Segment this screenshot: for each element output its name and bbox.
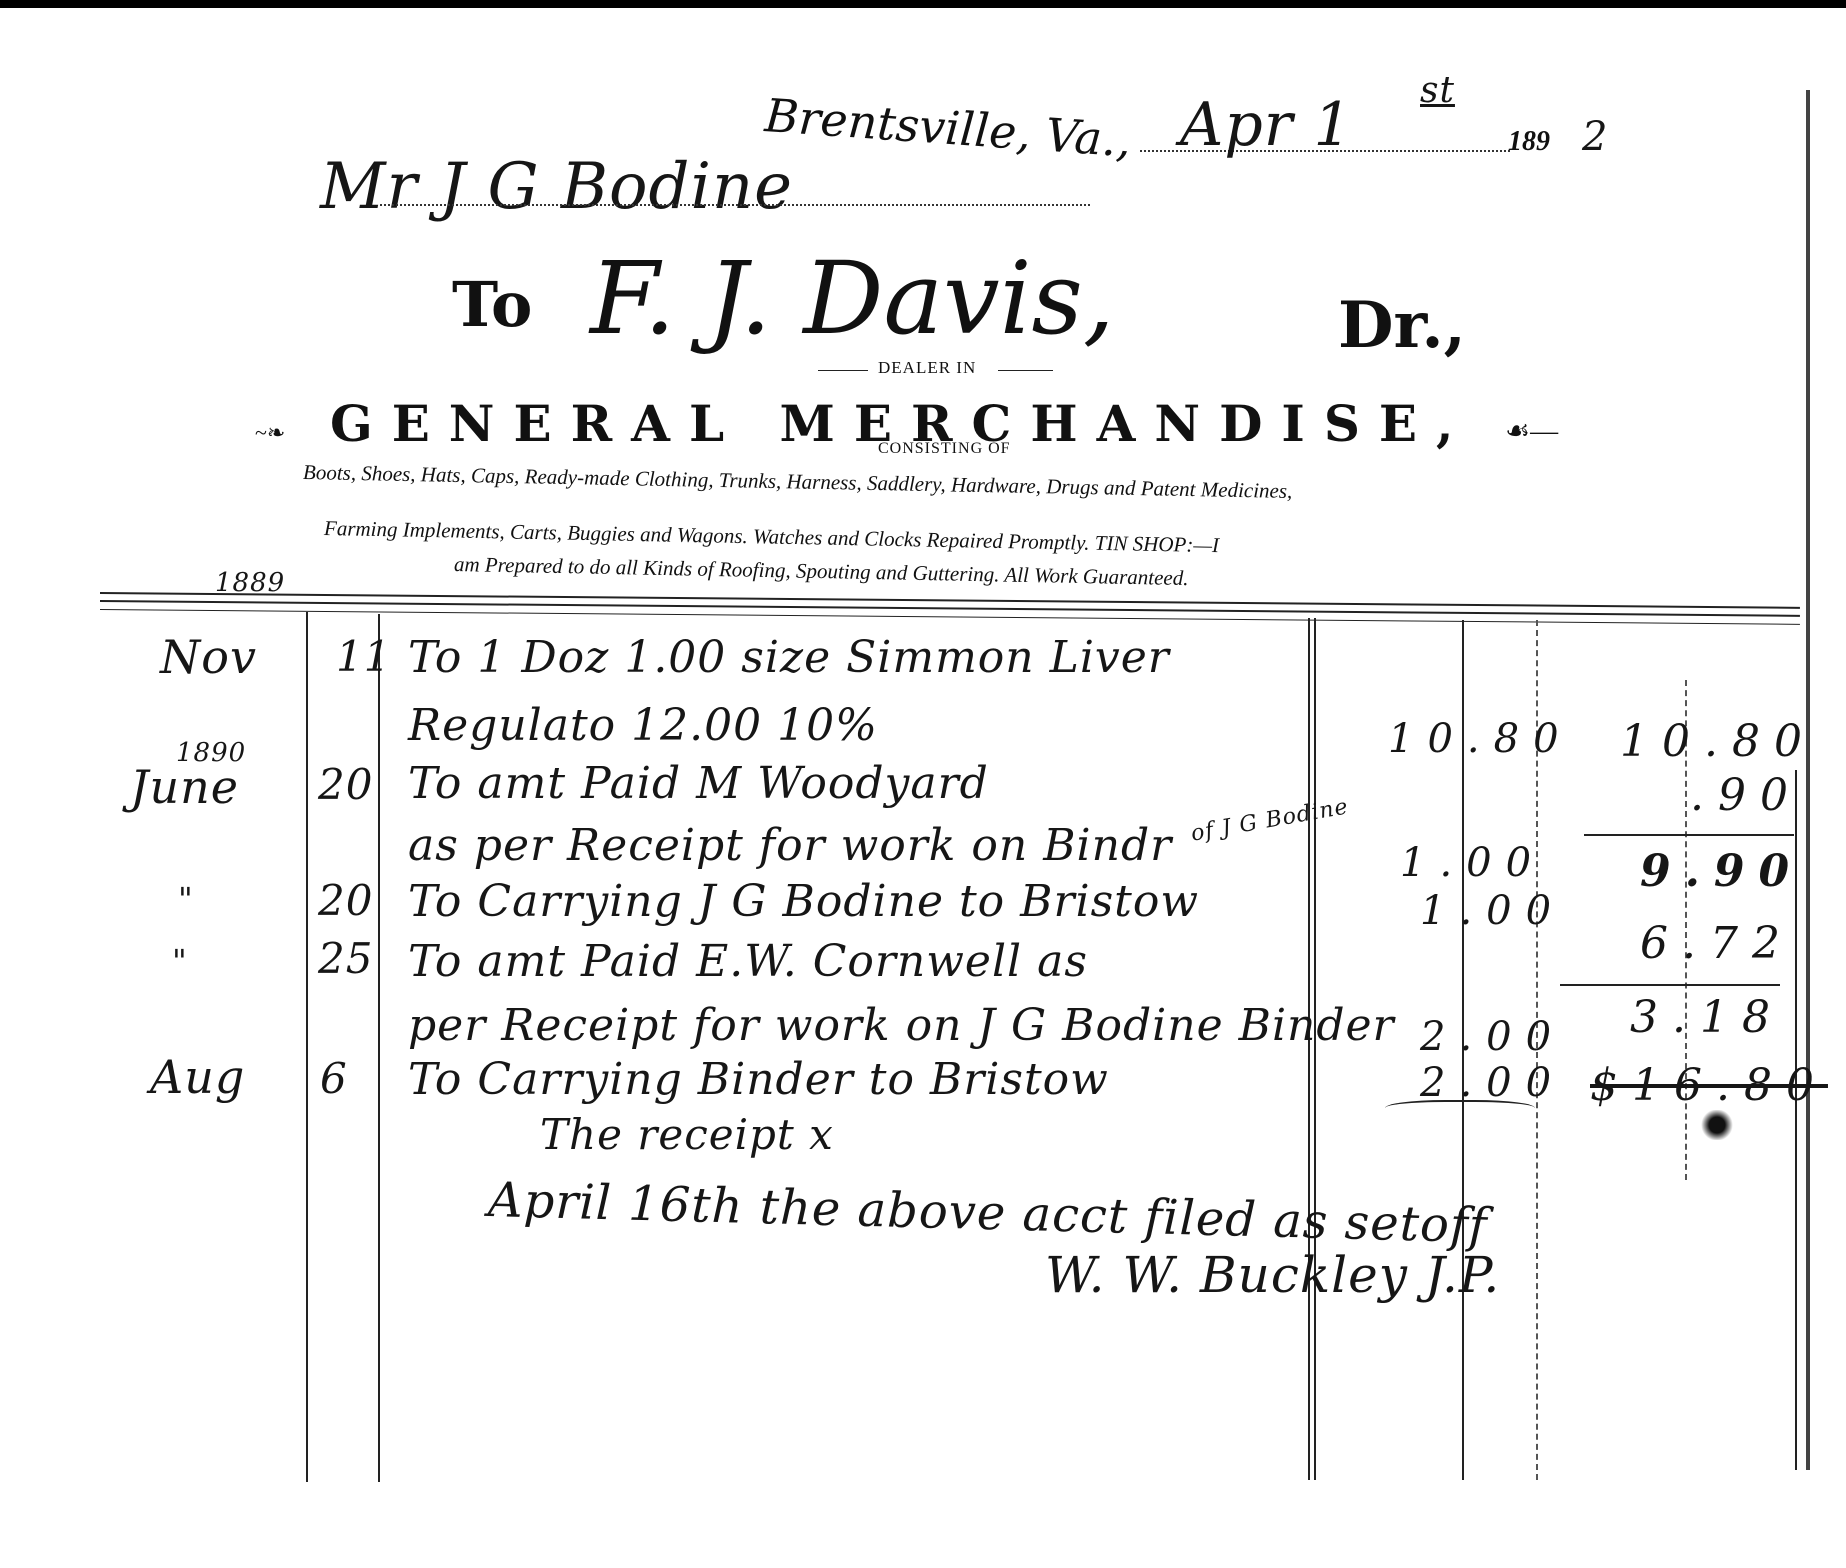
debtor-label: Dr., bbox=[1338, 288, 1466, 363]
scan-right-border bbox=[1806, 90, 1810, 1470]
total-line-1: 10.80 bbox=[1620, 716, 1816, 767]
entry-5-day: 20 bbox=[318, 876, 373, 925]
entry-4-note: of J G Bodine bbox=[1189, 794, 1350, 846]
total-line-4: 6.72 bbox=[1640, 918, 1794, 969]
entry-2-amount: 10.80 bbox=[1388, 716, 1573, 762]
entry-5-amount: 1.00 bbox=[1420, 888, 1565, 934]
ledger-top-rule-2 bbox=[100, 600, 1800, 617]
dealer-in-label: DEALER IN bbox=[878, 358, 976, 378]
entry-8-description: To Carrying Binder to Bristow bbox=[408, 1054, 1109, 1105]
totals-rule-1 bbox=[1584, 834, 1794, 836]
justice-signature: W. W. Buckley J.P. bbox=[1045, 1246, 1500, 1304]
entry-1-description: To 1 Doz 1.00 size Simmon Liver bbox=[408, 632, 1170, 683]
entry-5-month: " bbox=[178, 880, 194, 918]
column-divider-day bbox=[378, 614, 380, 1482]
entry-1-day: 11 bbox=[336, 632, 391, 681]
total-line-6-struck: $16.80 bbox=[1590, 1060, 1828, 1111]
entry-7-description: per Receipt for work on J G Bodine Binde… bbox=[408, 1000, 1395, 1051]
date-month-day: Apr 1 bbox=[1180, 90, 1353, 160]
to-label: To bbox=[452, 268, 532, 341]
entry-8-month: Aug bbox=[150, 1050, 245, 1104]
entry-7-amount: 2.00 bbox=[1420, 1014, 1565, 1060]
recipient-dotted-line bbox=[380, 204, 1090, 206]
total-line-5-balance: 3.18 bbox=[1630, 992, 1784, 1043]
filed-setoff-annotation: April 16th the above acct filed as setof… bbox=[487, 1172, 1488, 1254]
consisting-of-label: CONSISTING OF bbox=[878, 440, 1011, 458]
goods-line-1: Boots, Shoes, Hats, Caps, Ready-made Clo… bbox=[303, 460, 1293, 504]
recipient-name: Mr J G Bodine bbox=[320, 150, 793, 224]
ledger-top-rule-1 bbox=[100, 592, 1800, 609]
receipt-annotation: The receipt x bbox=[540, 1110, 834, 1159]
ornament-right-icon: ☙— bbox=[1505, 414, 1558, 448]
entry-2-description: Regulato 12.00 10% bbox=[408, 700, 878, 751]
totals-rule-2 bbox=[1560, 984, 1780, 986]
entry-6-day: 25 bbox=[318, 934, 373, 983]
goods-line-3: am Prepared to do all Kinds of Roofing, … bbox=[454, 552, 1189, 591]
column-divider-month bbox=[306, 612, 308, 1482]
entry-8-day: 6 bbox=[320, 1054, 348, 1103]
total-line-3: 9.90 bbox=[1640, 846, 1803, 897]
entry-6-description: To amt Paid E.W. Cornwell as bbox=[408, 936, 1088, 987]
entry-3-day: 20 bbox=[318, 760, 373, 809]
entry-6-month: " bbox=[172, 942, 188, 980]
entry-5-description: To Carrying J G Bodine to Bristow bbox=[408, 876, 1199, 927]
date-year-handwritten: 2 bbox=[1582, 114, 1608, 160]
date-year-printed: 189 bbox=[1508, 126, 1550, 158]
ledger-top-rule-3 bbox=[100, 609, 1800, 625]
amount-underline-flourish bbox=[1385, 1100, 1535, 1120]
entry-3-month: June bbox=[130, 760, 239, 814]
scan-top-border bbox=[0, 0, 1846, 8]
place-label: Brentsville, Va., bbox=[763, 88, 1133, 167]
flourish-right bbox=[998, 370, 1053, 371]
merchant-name: F. J. Davis, bbox=[590, 240, 1115, 357]
entry-1-month: Nov bbox=[160, 630, 257, 684]
entry-4-amount: 1.00 bbox=[1400, 840, 1545, 886]
ornament-left-icon: ~❧ bbox=[255, 420, 285, 446]
entry-4-description: as per Receipt for work on Bindr bbox=[408, 820, 1172, 871]
date-day-suffix: st bbox=[1420, 70, 1455, 111]
entry-3-description: To amt Paid M Woodyard bbox=[408, 758, 989, 809]
flourish-left bbox=[818, 370, 868, 371]
year-label-top: 1889 bbox=[215, 568, 285, 598]
ink-blot bbox=[1700, 1110, 1734, 1140]
total-line-2: .90 bbox=[1690, 770, 1802, 821]
